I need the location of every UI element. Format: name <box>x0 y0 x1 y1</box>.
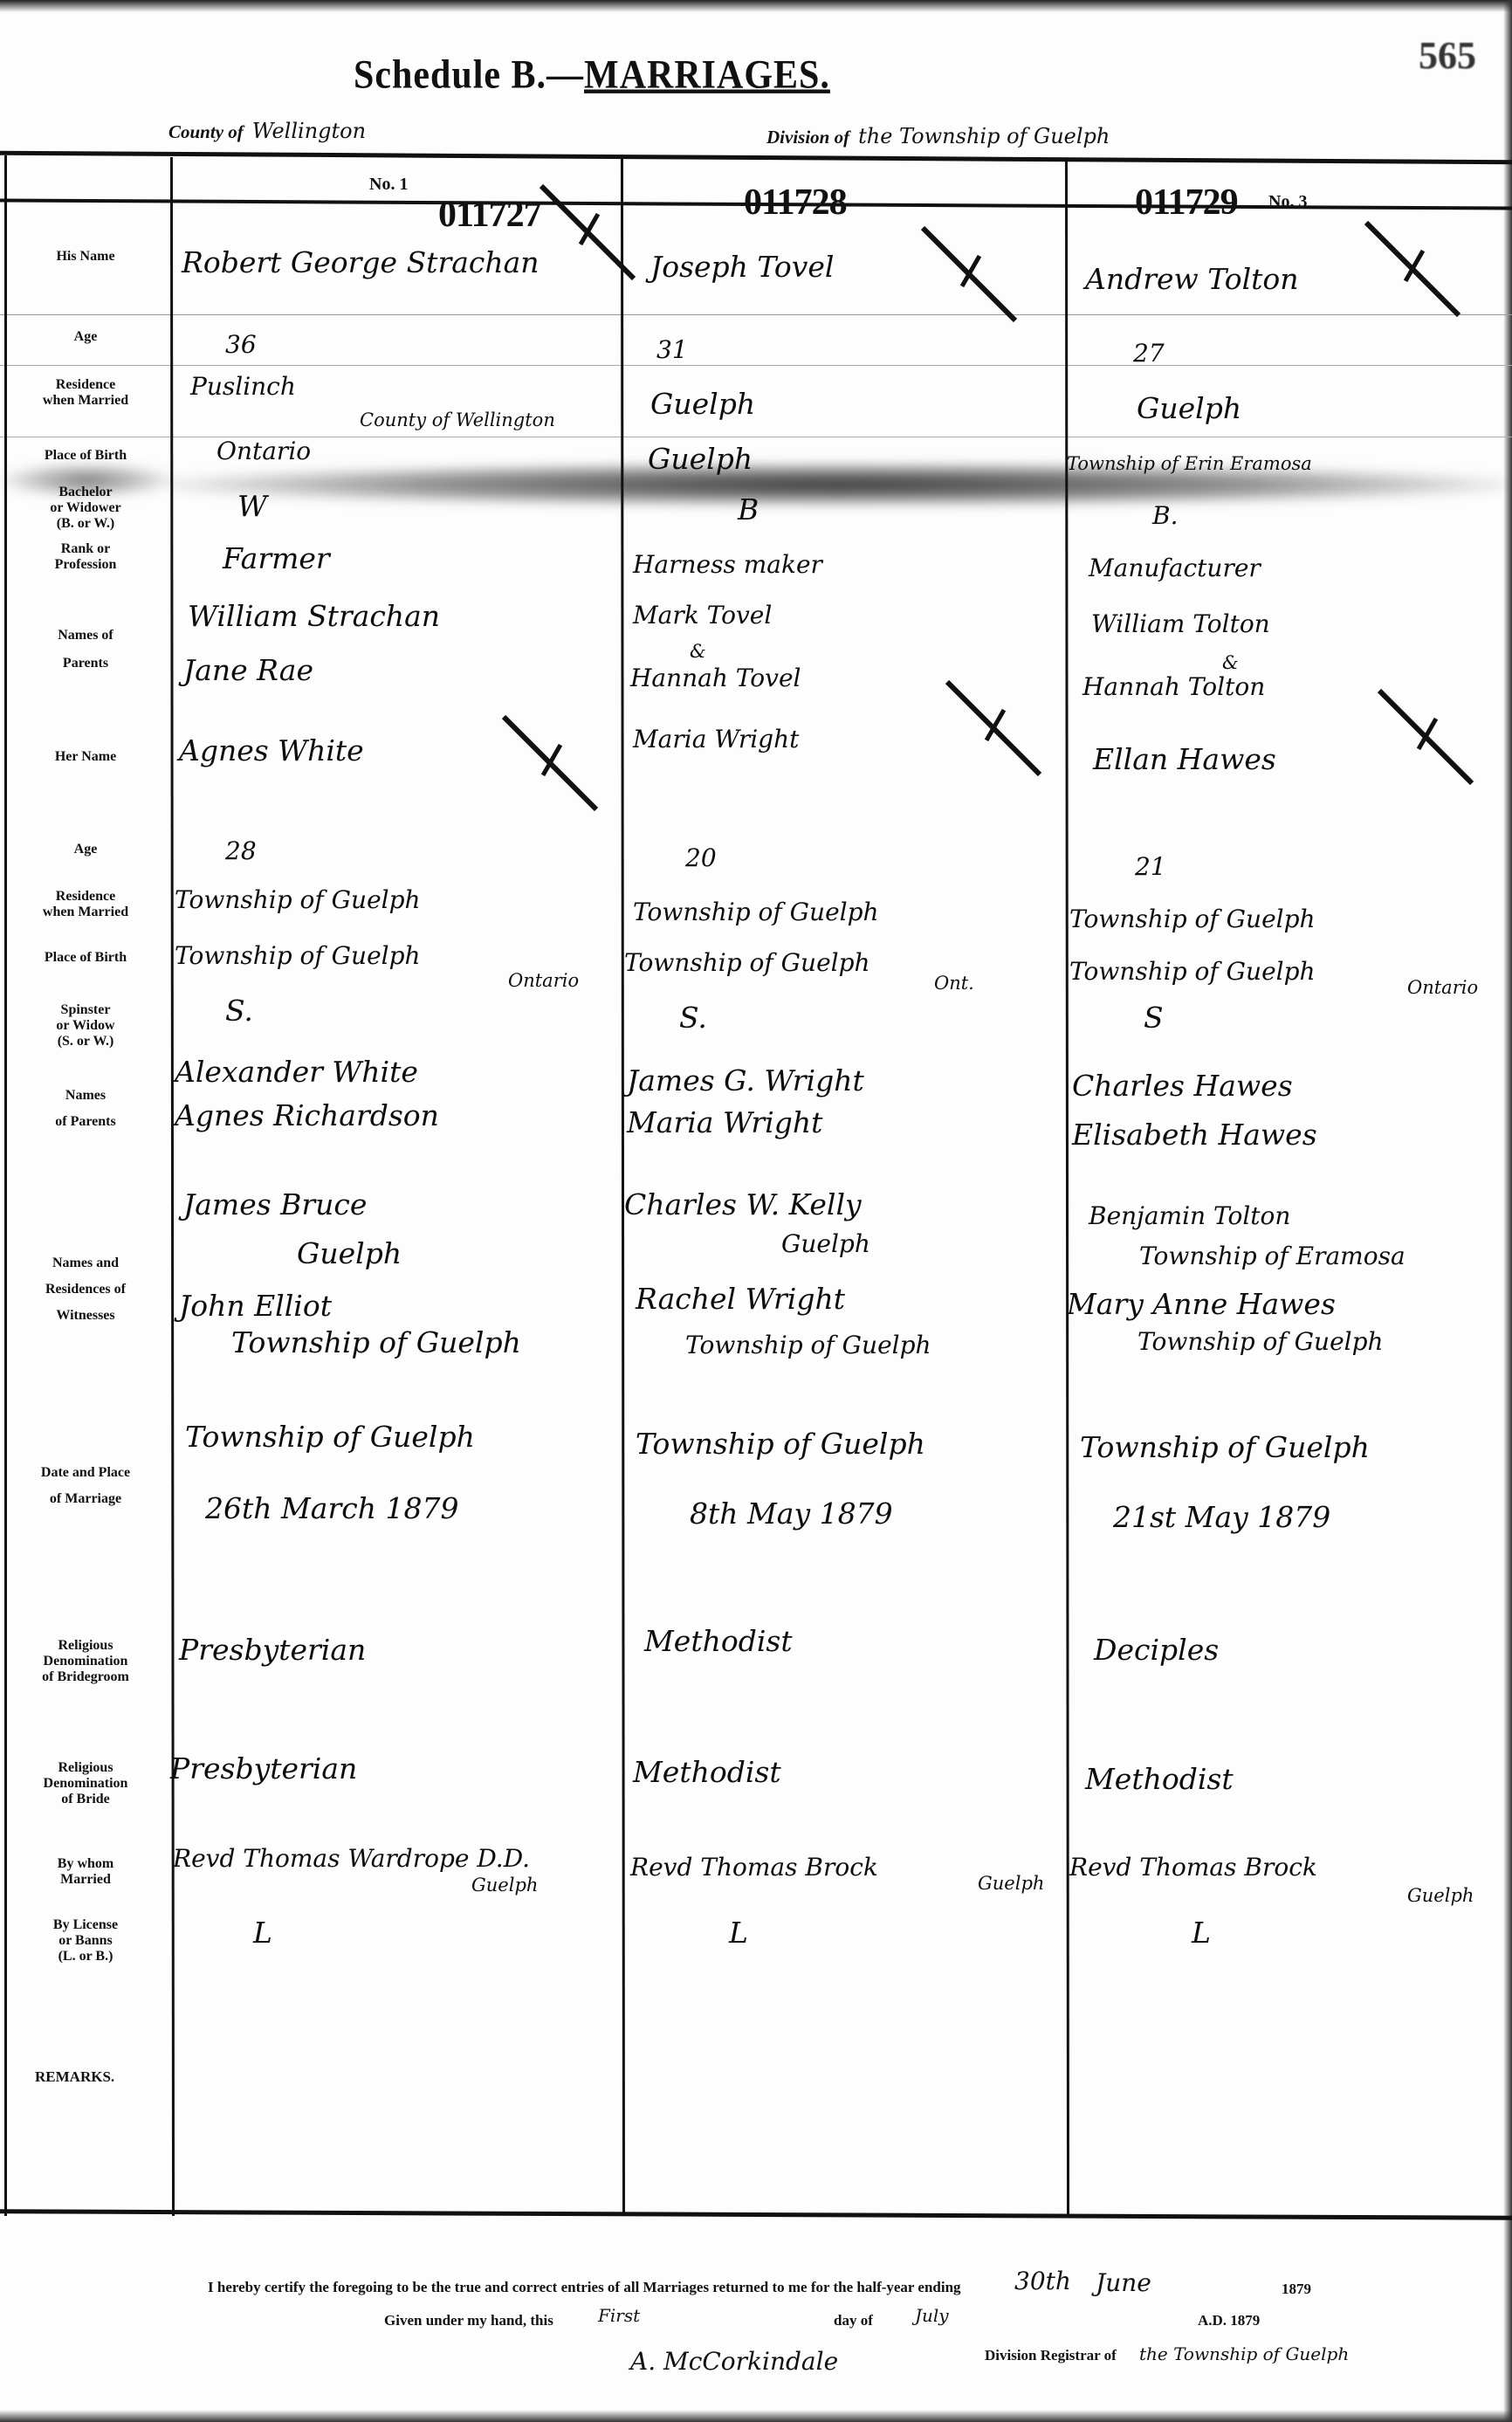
cross-mark-icon <box>927 225 1032 321</box>
header-rule <box>0 151 1512 165</box>
certificate-text: I hereby certify the foregoing to be the… <box>208 2279 961 2296</box>
label-her-parents: Names of Parents <box>7 1083 164 1135</box>
officiant: Revd Thomas Wardrope D.D. <box>173 1846 530 1873</box>
his-place-of-birth: Ontario <box>216 438 311 465</box>
page-edge-shadow <box>1503 0 1512 2422</box>
his-profession: Harness maker <box>633 552 822 579</box>
her-mother: Elisabeth Hawes <box>1072 1119 1317 1151</box>
his-residence: Guelph <box>650 389 755 420</box>
parents-ampersand: & <box>1222 653 1239 673</box>
registrar-division: the Township of Guelph <box>1139 2343 1349 2364</box>
label-age: Age <box>7 329 164 345</box>
division-label: Division of <box>766 127 849 148</box>
officiant-place: Guelph <box>1407 1886 1474 1906</box>
cross-mark-icon <box>508 714 613 810</box>
license-banns: L <box>1192 1917 1211 1949</box>
witness-1-name: Charles W. Kelly <box>624 1189 862 1221</box>
his-profession: Farmer <box>223 543 330 575</box>
his-father: Mark Tovel <box>633 602 772 630</box>
division-field: Division ofthe Township of Guelph <box>766 124 1110 148</box>
label-religion-groom: Religious Denomination of Bridegroom <box>7 1638 164 1685</box>
row-divider <box>0 365 1512 366</box>
cross-mark-icon <box>546 183 650 279</box>
witness-1-residence: Guelph <box>781 1231 870 1258</box>
county-field: County ofWellington <box>168 119 366 143</box>
serial-number: 011727 <box>438 194 541 236</box>
witness-2-residence: Township of Guelph <box>231 1327 521 1359</box>
religion-bride: Presbyterian <box>170 1753 357 1785</box>
witness-2-residence: Township of Guelph <box>1137 1329 1384 1356</box>
day-of-label: day of <box>834 2312 873 2329</box>
half-year-day: 30th <box>1014 2267 1071 2295</box>
spinster-widow: S <box>1144 1002 1164 1034</box>
ad-year: A.D. 1879 <box>1198 2312 1260 2329</box>
his-age: 36 <box>225 332 257 359</box>
religion-groom: Presbyterian <box>179 1634 366 1666</box>
her-father: Alexander White <box>175 1056 418 1088</box>
religion-groom: Deciples <box>1094 1634 1219 1666</box>
witness-2-name: Mary Anne Hawes <box>1067 1289 1336 1320</box>
label-her-age: Age <box>7 842 164 857</box>
witness-2-residence: Township of Guelph <box>685 1332 931 1359</box>
her-birth-note: Ontario <box>1407 978 1478 998</box>
label-profession: Rank or Profession <box>7 541 164 573</box>
witness-1-name: Benjamin Tolton <box>1089 1203 1290 1230</box>
witness-2-name: John Elliot <box>179 1290 332 1322</box>
her-place-of-birth: Township of Guelph <box>175 943 421 970</box>
spinster-widow: S. <box>679 1002 707 1034</box>
her-residence: Township of Guelph <box>175 887 421 914</box>
her-name: Maria Wright <box>633 726 799 753</box>
label-religion-bride: Religious Denomination of Bride <box>7 1760 164 1807</box>
registrar-signature: A. McCorkindale <box>630 2347 838 2376</box>
his-age: 27 <box>1133 341 1165 368</box>
county-label: County of <box>168 121 244 142</box>
his-mother: Hannah Tolton <box>1082 674 1265 701</box>
bachelor-widower: W <box>237 491 267 522</box>
half-year-year: 1879 <box>1282 2281 1311 2298</box>
her-residence: Township of Guelph <box>1069 906 1316 933</box>
her-place-of-birth: Township of Guelph <box>624 950 870 977</box>
his-residence: Puslinch <box>190 374 296 401</box>
his-place-of-birth: Guelph <box>648 444 753 475</box>
his-name: Andrew Tolton <box>1085 264 1299 295</box>
page-title: Schedule B.—MARRIAGES. <box>354 52 830 99</box>
label-her-name: Her Name <box>7 749 164 765</box>
her-residence: Township of Guelph <box>633 899 879 926</box>
religion-bride: Methodist <box>1085 1764 1234 1795</box>
officiant: Revd Thomas Brock <box>630 1854 878 1882</box>
given-month: July <box>915 2305 949 2326</box>
spinster-widow: S. <box>225 995 253 1027</box>
given-day: First <box>598 2305 640 2326</box>
officiant: Revd Thomas Brock <box>1069 1854 1317 1882</box>
his-profession: Manufacturer <box>1089 555 1261 582</box>
label-bachelor-widower: Bachelor or Widower (B. or W.) <box>7 485 164 532</box>
half-year-month: June <box>1096 2268 1151 2297</box>
her-mother: Agnes Richardson <box>175 1100 439 1132</box>
her-age: 21 <box>1135 854 1166 881</box>
label-her-residence: Residence when Married <box>7 889 164 920</box>
his-father: William Strachan <box>188 601 440 632</box>
cross-mark-icon <box>1371 220 1475 316</box>
cross-mark-icon <box>1384 688 1488 784</box>
footer-rule <box>0 2209 1512 2220</box>
serial-number: 011728 <box>744 182 847 224</box>
marriage-place: Township of Guelph <box>1080 1432 1370 1463</box>
witness-1-residence: Township of Eramosa <box>1139 1243 1405 1270</box>
his-name: Robert George Strachan <box>182 247 540 279</box>
her-age: 20 <box>685 845 717 872</box>
row-divider <box>0 314 1512 315</box>
title-prefix: Schedule B.— <box>354 53 584 98</box>
marriage-place: Township of Guelph <box>185 1421 475 1453</box>
religion-groom: Methodist <box>644 1626 793 1657</box>
her-name: Agnes White <box>179 735 364 767</box>
his-place-of-birth: Township of Erin Eramosa <box>1067 454 1312 474</box>
entry-number: No. 1 <box>369 175 408 195</box>
label-parents: Names of Parents <box>7 622 164 678</box>
page-edge-shadow <box>0 0 1512 12</box>
title-main: MARRIAGES. <box>584 53 830 98</box>
label-date-place: Date and Place of Marriage <box>7 1460 164 1512</box>
marriage-date: 8th May 1879 <box>690 1498 893 1530</box>
his-residence-note: County of Wellington <box>360 410 555 430</box>
her-mother: Maria Wright <box>627 1107 822 1139</box>
cross-mark-icon <box>952 679 1056 775</box>
his-residence: Guelph <box>1137 393 1241 424</box>
her-age: 28 <box>225 838 257 865</box>
marriage-date: 21st May 1879 <box>1113 1502 1330 1533</box>
his-mother: Jane Rae <box>183 655 313 686</box>
her-father: James G. Wright <box>627 1065 864 1097</box>
license-banns: L <box>729 1917 748 1949</box>
serial-number: 011729 <box>1135 182 1238 224</box>
his-age: 31 <box>656 337 688 364</box>
label-residence: Residence when Married <box>7 377 164 409</box>
his-name: Joseph Tovel <box>650 251 834 283</box>
label-place-of-birth: Place of Birth <box>7 448 164 464</box>
division-value: the Township of Guelph <box>858 124 1110 148</box>
his-father: William Tolton <box>1091 611 1270 638</box>
page-edge-shadow <box>0 2410 1512 2422</box>
her-father: Charles Hawes <box>1072 1070 1293 1102</box>
witness-1-residence: Guelph <box>297 1238 402 1269</box>
officiant-place: Guelph <box>471 1875 538 1896</box>
her-place-of-birth: Township of Guelph <box>1069 959 1316 986</box>
label-her-place-of-birth: Place of Birth <box>7 950 164 966</box>
label-by-whom: By whom Married <box>7 1856 164 1888</box>
her-name: Ellan Hawes <box>1093 744 1276 775</box>
marriage-date: 26th March 1879 <box>205 1493 458 1524</box>
label-his-name: His Name <box>7 249 164 265</box>
page-number: 565 <box>1419 33 1476 78</box>
registrar-label: Division Registrar of <box>985 2347 1117 2364</box>
county-value: Wellington <box>252 119 366 143</box>
his-mother: Hannah Tovel <box>630 665 801 692</box>
her-birth-note: Ontario <box>508 971 579 991</box>
bachelor-widower: B. <box>1152 503 1178 530</box>
bachelor-widower: B <box>738 494 759 526</box>
her-birth-note: Ont. <box>934 974 974 994</box>
label-spinster-widow: Spinster or Widow (S. or W.) <box>7 1002 164 1049</box>
label-remarks: REMARKS. <box>35 2069 192 2085</box>
witness-2-name: Rachel Wright <box>636 1283 845 1315</box>
label-license-banns: By License or Banns (L. or B.) <box>7 1917 164 1964</box>
parents-ampersand: & <box>690 642 706 662</box>
religion-bride: Methodist <box>633 1757 781 1788</box>
given-label: Given under my hand, this <box>384 2312 553 2329</box>
license-banns: L <box>253 1917 272 1949</box>
label-witnesses: Names and Residences of Witnesses <box>7 1250 164 1329</box>
entry-number: No. 3 <box>1268 192 1307 212</box>
witness-1-name: James Bruce <box>183 1189 367 1221</box>
officiant-place: Guelph <box>978 1874 1044 1894</box>
marriage-place: Township of Guelph <box>636 1428 925 1460</box>
